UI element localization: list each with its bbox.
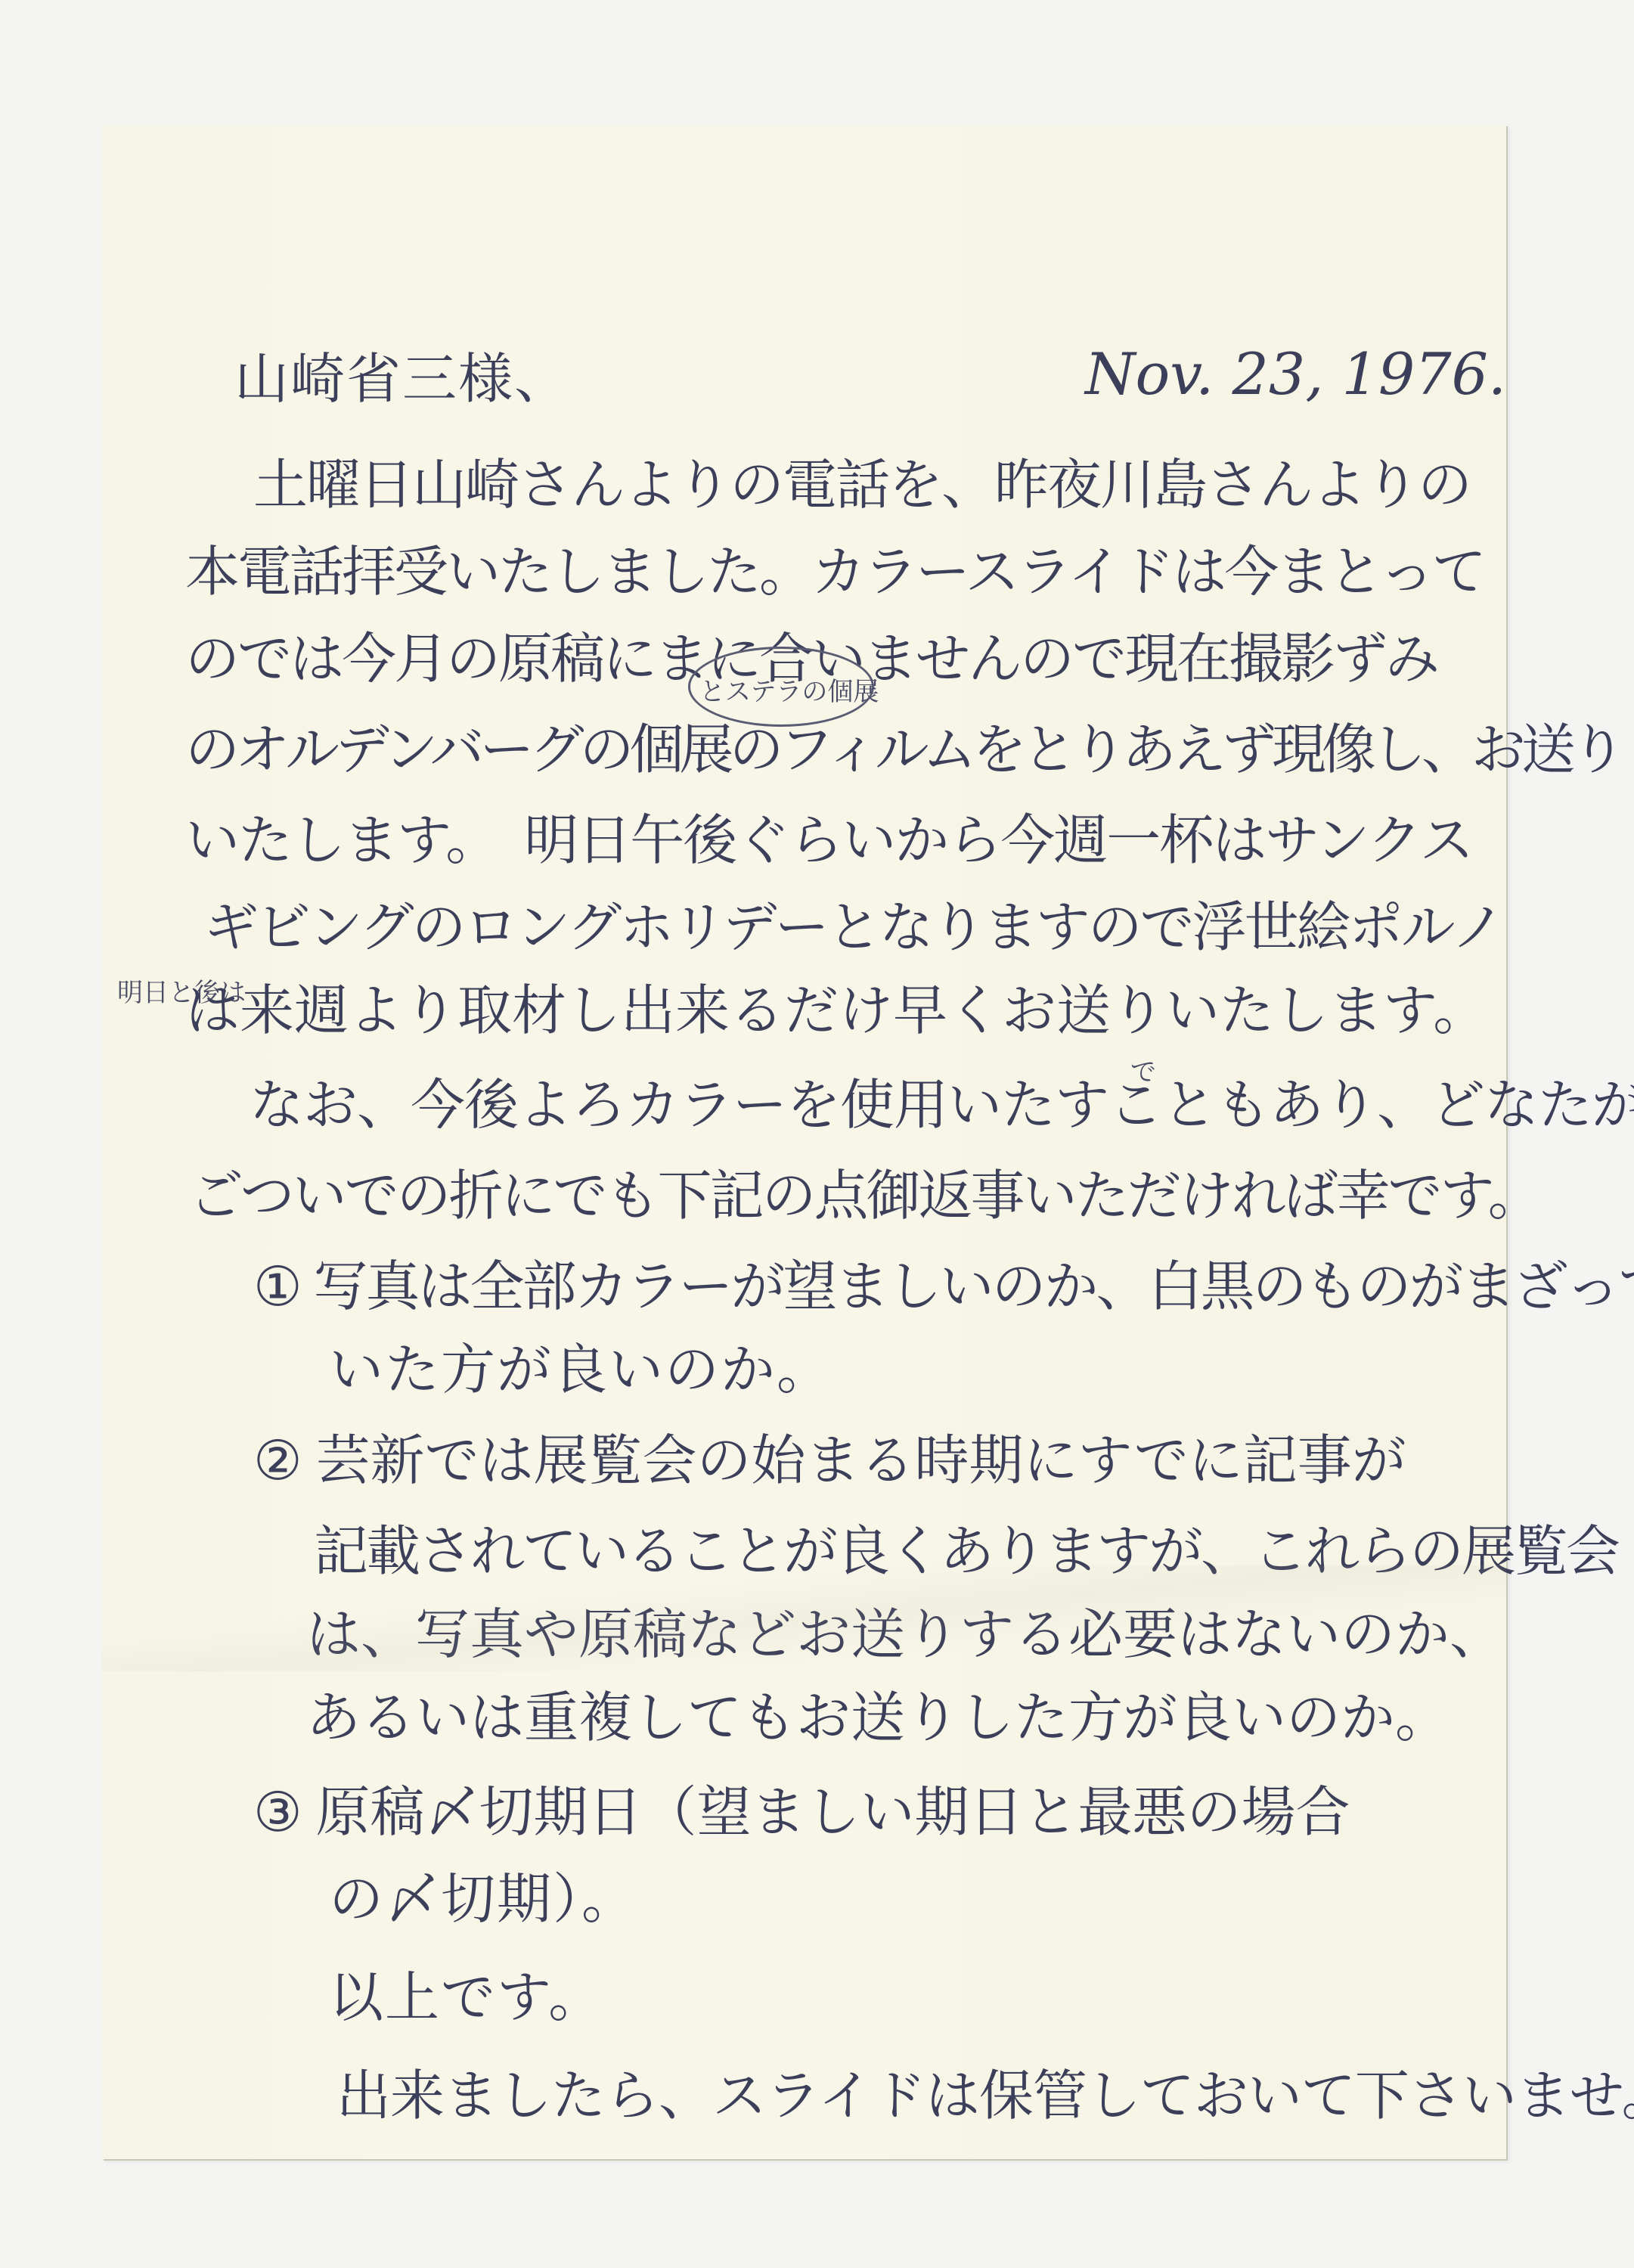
body-line-5: いたします。 明日午後ぐらいから今週一杯はサンクス [185, 813, 1472, 867]
item-2-text-1: 芸新では展覧会の始まる時期にすでに記事が [316, 1429, 1406, 1492]
salutation: 山崎省三様、 [234, 352, 570, 406]
item-3-marker: ③ [253, 1785, 302, 1839]
postscript: 出来ましたら、スライドは保管しておいて下さいませ。 [336, 2068, 1634, 2123]
item-1-marker: ① [253, 1259, 300, 1314]
item-2-line-2: 記載されていることが良くありますが、これらの展覧会 [314, 1524, 1618, 1578]
body-line-2: 本電話拝受いたしました。カラースライドは今まとって [185, 545, 1484, 599]
body-line-6: ギビングのロングホリデーとなりますので浮世絵ポルノ [204, 900, 1503, 954]
body-line-9: ごついでの折にでも下記の点御返事いただければ幸です。 [189, 1168, 1540, 1223]
item-2-line-3: は、写真や原稿などお送りする必要はないのか、 [306, 1607, 1504, 1661]
body-line-7: は来週より取材し出来るだけ早くお送りいたします。 [185, 983, 1487, 1038]
insertion-film-note: とステラの個展 [699, 671, 879, 708]
item-1-line-2: いた方が良いのか。 [329, 1342, 833, 1397]
item-2-line-4: あるいは重複してもお送りした方が良いのか。 [306, 1690, 1450, 1745]
body-line-1: 土曜日山崎さんよりの電話を、昨夜川島さんよりの [253, 458, 1471, 512]
item-3-text-1: 原稿〆切期日（望ましい期日と最悪の場合 [316, 1780, 1350, 1844]
item-2-line-1: ②芸新では展覧会の始まる時期にすでに記事が [253, 1433, 1406, 1488]
body-line-8: なお、今後よろカラーを使用いたすこともあり、どなたが [250, 1078, 1634, 1132]
body-line-4: のオルデンバーグの個展のフィルムをとりあえず現像し、お送り [185, 722, 1621, 777]
item-3-line-1: ③原稿〆切期日（望ましい期日と最悪の場合 [253, 1785, 1350, 1839]
letter-date: Nov. 23, 1976. [1085, 340, 1506, 408]
item-1-text-1: 写真は全部カラーが望ましいのか、白黒のものがまざって [314, 1255, 1634, 1318]
letter-paper: 山崎省三様、 Nov. 23, 1976. 土曜日山崎さんよりの電話を、昨夜川島… [102, 125, 1506, 2159]
closing: 以上です。 [329, 1970, 604, 2024]
item-3-line-2: の〆切期）。 [329, 1872, 637, 1926]
item-2-marker: ② [253, 1433, 302, 1488]
item-1-line-1: ①写真は全部カラーが望ましいのか、白黒のものがまざって [253, 1259, 1634, 1314]
